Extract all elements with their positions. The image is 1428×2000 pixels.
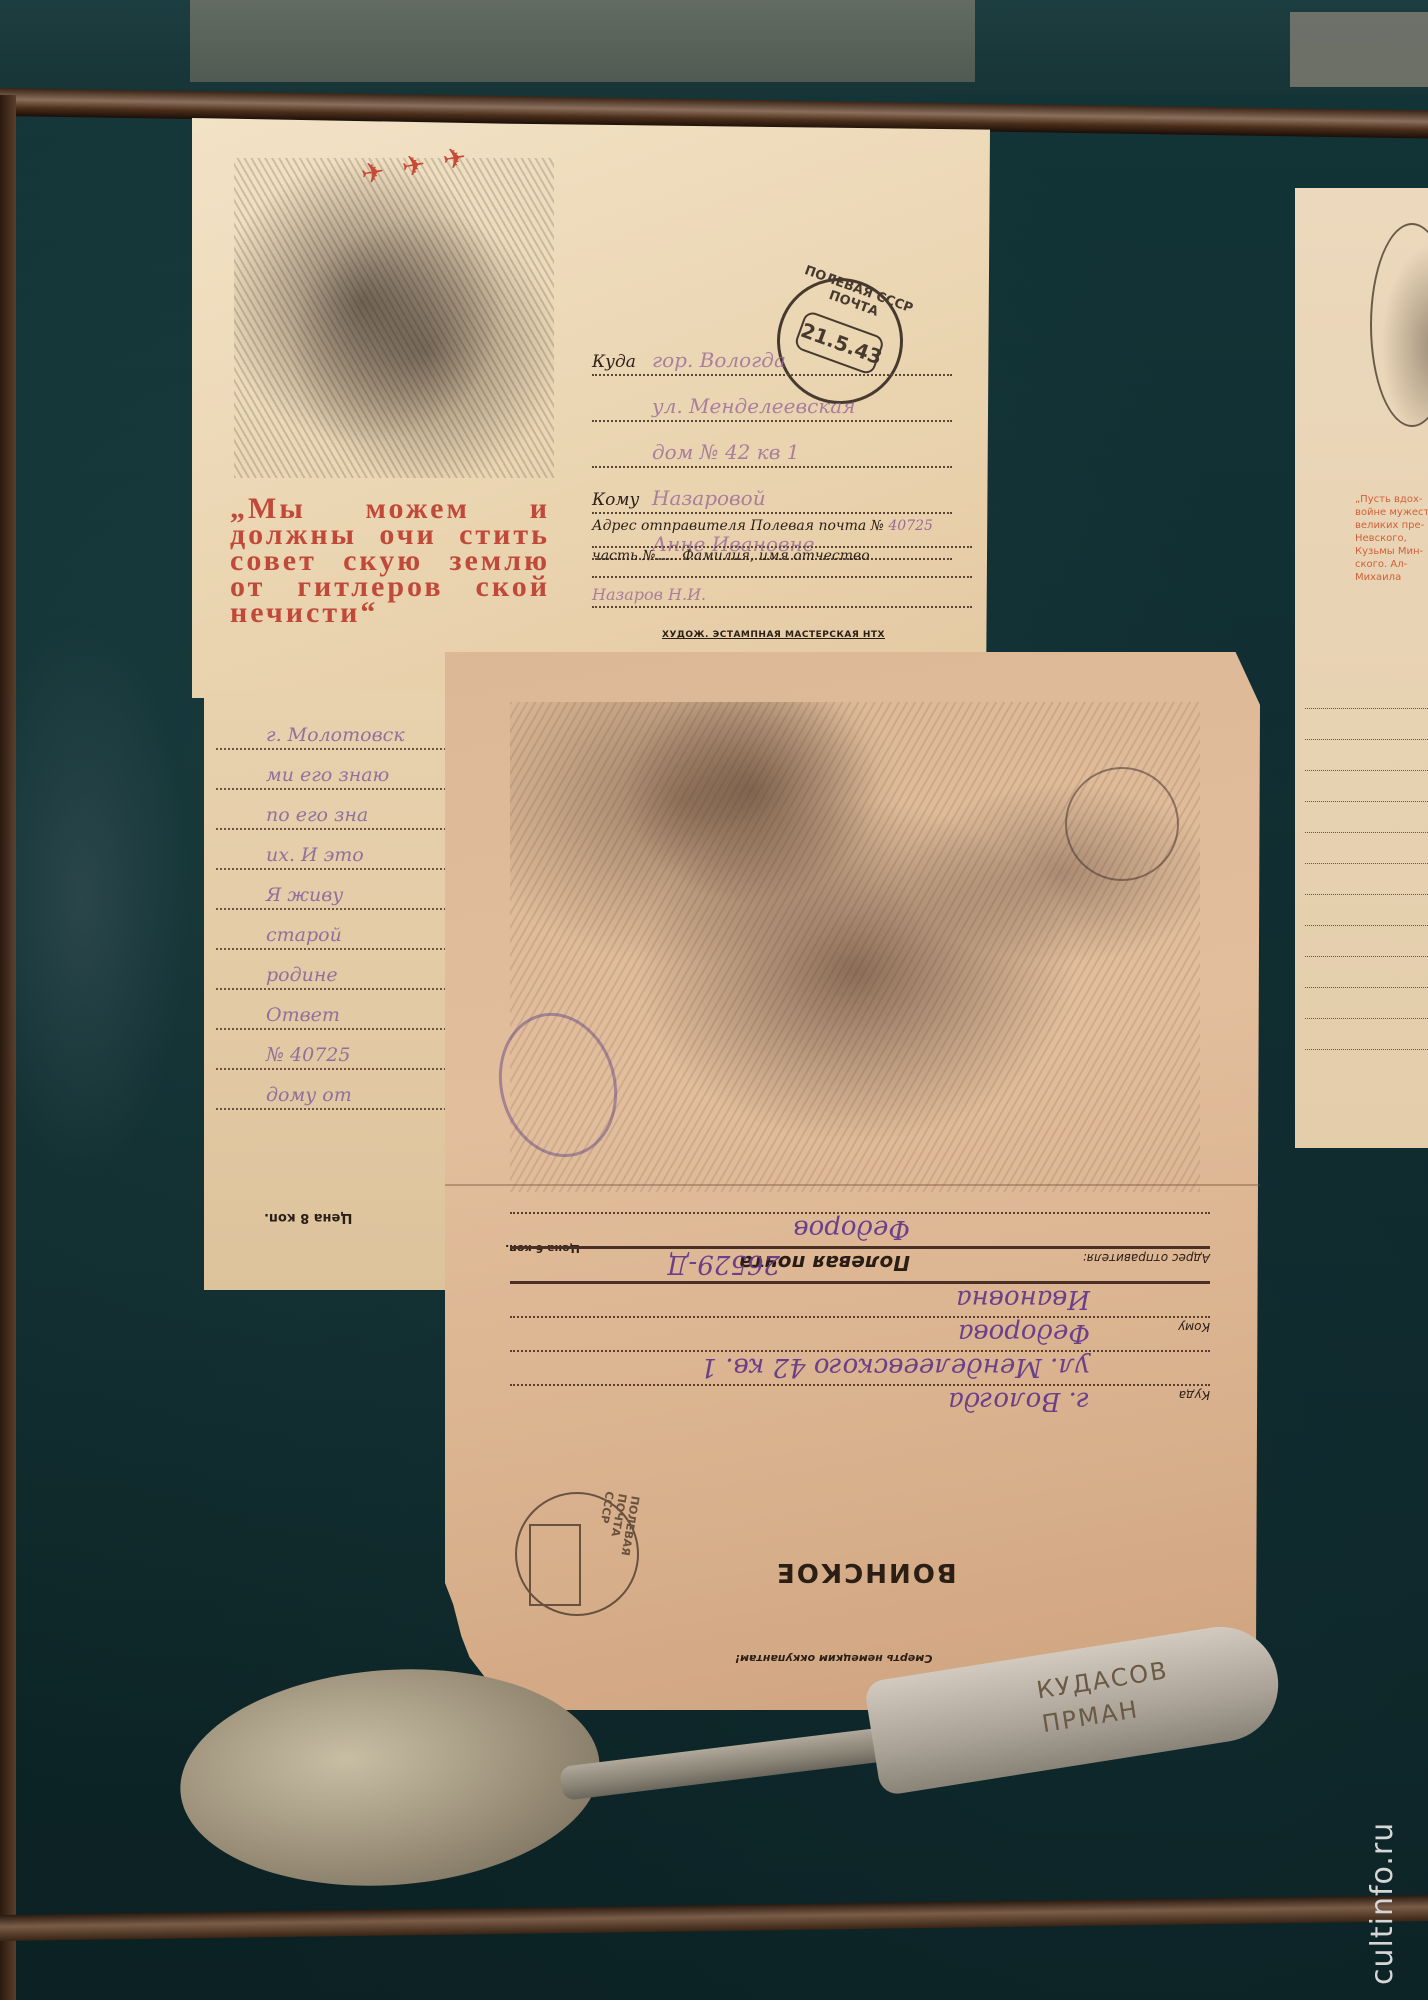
spoon-engraving: КУДАСОВ ПРМАН bbox=[1034, 1653, 1176, 1741]
handwritten-line: по его зна bbox=[216, 790, 474, 830]
handwritten-line: № 40725 bbox=[216, 1030, 474, 1070]
handwritten-line: ми его знаю bbox=[216, 750, 474, 790]
handwriting: г. Молотовск bbox=[266, 724, 405, 746]
postmark-stamp-icon bbox=[1065, 767, 1179, 881]
sender-name: Назаров Н.И. bbox=[592, 585, 706, 604]
form-line: ул. Менделеевского 42 кв. 1 bbox=[510, 1350, 1210, 1384]
letter-2-title: ВОИНСКОЕ bbox=[775, 1557, 957, 1587]
address-row: ул. Менделеевская bbox=[592, 384, 952, 422]
handwriting: № 40725 bbox=[266, 1044, 350, 1066]
address-row: Кому Назаровой bbox=[592, 476, 952, 514]
letter-1-sender-block: Адрес отправителя Полевая почта № 40725 … bbox=[592, 518, 972, 608]
site-watermark: cultinfo.ru bbox=[1365, 1822, 1400, 1985]
spoon-bowl bbox=[173, 1656, 607, 1900]
field-post-letter-3: „Пусть вдох- войне мужест- великих пре- … bbox=[1295, 188, 1428, 1148]
address-handwriting: Назаровой bbox=[652, 486, 766, 510]
address-row: дом № 42 кв 1 bbox=[592, 430, 952, 468]
handwritten-line: г. Молотовск bbox=[216, 710, 474, 750]
to-handwriting: г. Вологда bbox=[948, 1386, 1090, 1416]
handwriting: Я живу bbox=[266, 884, 343, 906]
printer-imprint: ХУДОЖ. ЭСТАМПНАЯ МАСТЕРСКАЯ НТХ bbox=[662, 630, 885, 640]
sender-line: Назаров Н.И. bbox=[592, 578, 972, 608]
sender-label: Адрес отправителя: bbox=[1083, 1251, 1210, 1265]
handwritten-line: родине bbox=[216, 950, 474, 990]
handwriting: ми его знаю bbox=[266, 764, 389, 786]
sender-line: часть №..... Фамилия, имя отчество bbox=[592, 548, 972, 578]
handwritten-line: дому от bbox=[216, 1070, 474, 1110]
handwritten-line: старой bbox=[216, 910, 474, 950]
letter-3-quote: „Пусть вдох- войне мужест- великих пре- … bbox=[1355, 493, 1428, 584]
to-label: Куда bbox=[1179, 1388, 1210, 1402]
handwritten-line: Ответ bbox=[216, 990, 474, 1030]
sender-name: Федоров bbox=[793, 1214, 910, 1244]
handwritten-line: Я живу bbox=[216, 870, 474, 910]
engraved-spoon: КУДАСОВ ПРМАН bbox=[180, 1650, 1290, 1880]
form-line: Ивановна bbox=[510, 1281, 1210, 1316]
whom-handwriting: Ивановна bbox=[956, 1284, 1090, 1314]
handwriting: Ответ bbox=[266, 1004, 340, 1026]
upper-document-fragment bbox=[190, 0, 975, 82]
to-handwriting: ул. Менделеевского 42 кв. 1 bbox=[700, 1352, 1090, 1382]
handwriting: старой bbox=[266, 924, 342, 946]
address-label: Кому bbox=[592, 490, 639, 510]
spoon-neck bbox=[559, 1723, 920, 1801]
postmark-stamp-icon: ПОЛЕВАЯ ПОЧТА СССР bbox=[515, 1492, 639, 1616]
address-handwriting: гор. Вологда bbox=[652, 348, 786, 372]
upper-document-fragment-right bbox=[1290, 12, 1428, 87]
fold-line bbox=[445, 1184, 1260, 1186]
address-handwriting: ул. Менделеевская bbox=[652, 394, 855, 418]
address-row: Куда гор. Вологда bbox=[592, 338, 952, 376]
field-post-letter-2: Цена 6 коп. Куда г. Вологда ул. Менделее… bbox=[445, 652, 1260, 1710]
sender-line: Адрес отправителя Полевая почта № 40725 bbox=[592, 518, 972, 548]
letter-1-inner-panel: г. Молотовск ми его знаю по его зна их. … bbox=[204, 690, 474, 1290]
letter-3-ruled-lines bbox=[1305, 678, 1428, 1050]
letter-2-address-form: Куда г. Вологда ул. Менделеевского 42 кв… bbox=[510, 1212, 1210, 1418]
handwriting: их. И это bbox=[266, 844, 364, 866]
sender-unit-label: часть №..... Фамилия, имя отчество bbox=[592, 548, 870, 564]
sender-number: 40725 bbox=[888, 518, 933, 534]
form-line: Федоров bbox=[510, 1212, 1210, 1246]
form-line: Адрес отправителя: Полевая почта 26529-Д bbox=[510, 1246, 1210, 1281]
sender-label: Адрес отправителя Полевая почта № bbox=[592, 518, 884, 534]
handwriting: по его зна bbox=[266, 804, 368, 826]
letter-1-handwritten-text: г. Молотовск ми его знаю по его зна их. … bbox=[216, 710, 474, 1110]
field-post-number: 26529-Д bbox=[667, 1249, 780, 1279]
postmark-box bbox=[529, 1524, 581, 1606]
whom-label: Кому bbox=[1178, 1320, 1210, 1334]
glass-reflection bbox=[10, 620, 190, 1180]
address-label: Куда bbox=[592, 352, 636, 372]
address-handwriting: дом № 42 кв 1 bbox=[652, 440, 799, 464]
postmark-ring-text: ПОЛЕВАЯ ПОЧТА СССР bbox=[593, 1490, 642, 1556]
whom-handwriting: Федорова bbox=[958, 1318, 1090, 1348]
letter-1-slogan: „Мы можем и должны очи стить совет скую … bbox=[230, 496, 550, 626]
handwriting: родине bbox=[266, 964, 338, 986]
handwriting: дому от bbox=[266, 1084, 352, 1106]
letter-1-price: Цена 8 коп. bbox=[264, 1210, 352, 1225]
form-line: Кому Федорова bbox=[510, 1316, 1210, 1350]
form-line: Куда г. Вологда bbox=[510, 1384, 1210, 1418]
handwritten-line: их. И это bbox=[216, 830, 474, 870]
